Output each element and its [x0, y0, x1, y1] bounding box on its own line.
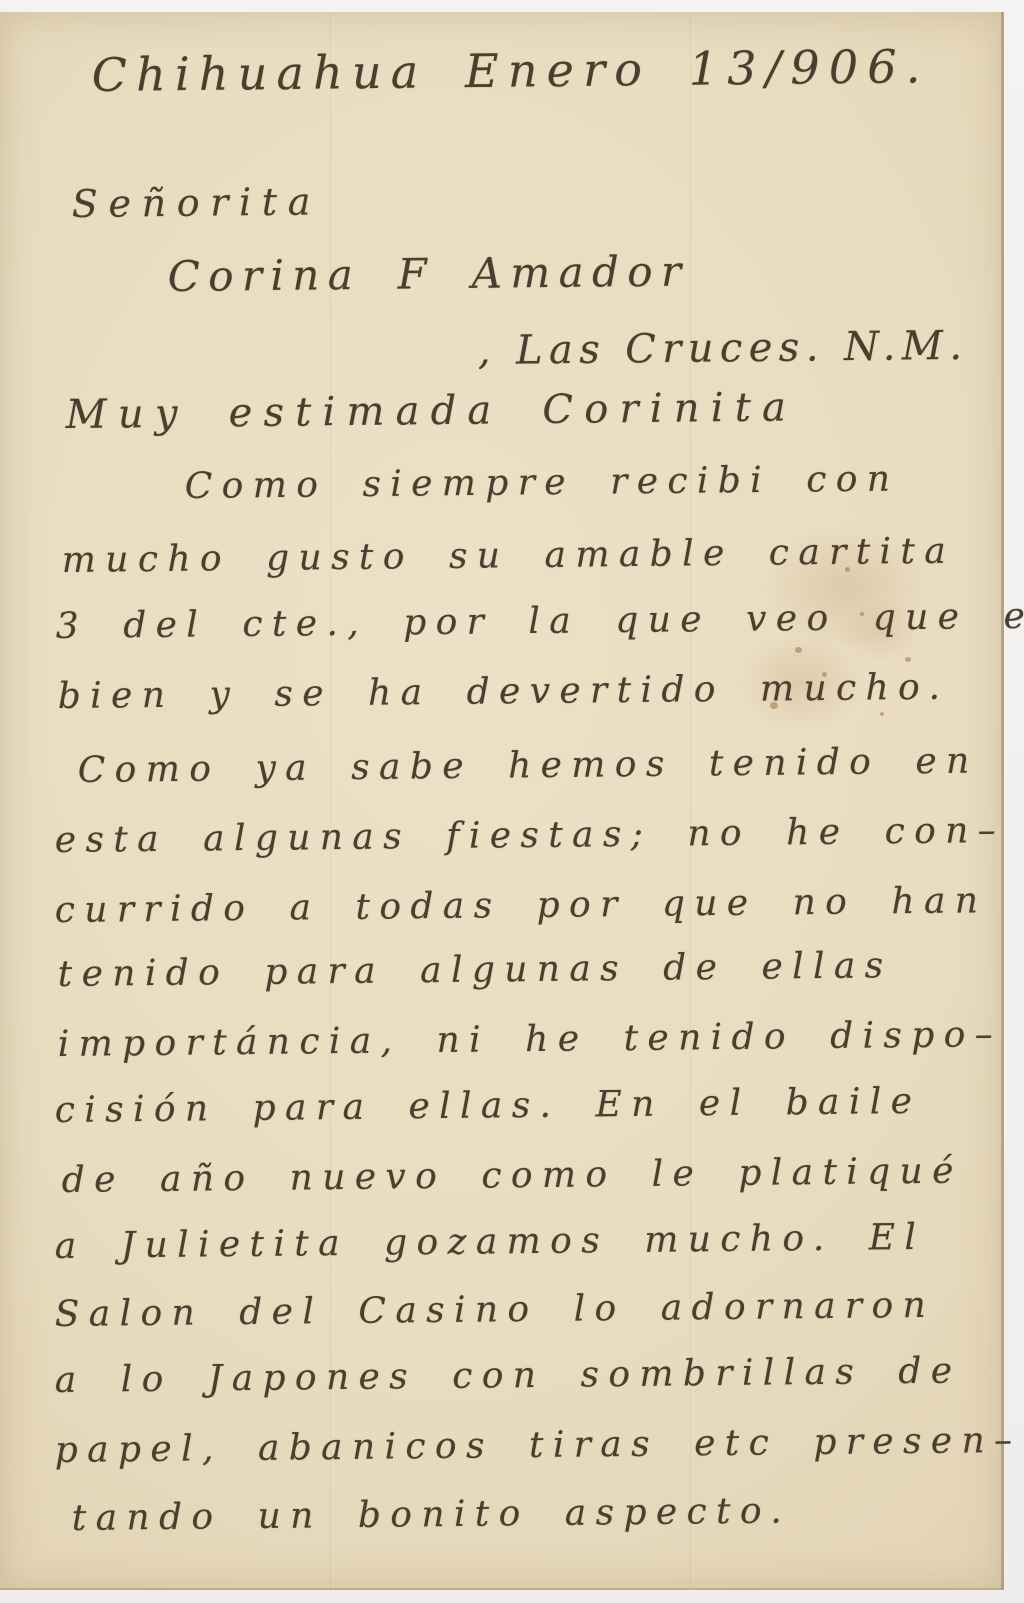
- stain: [880, 712, 884, 716]
- letter-line: tando un bonito aspecto.: [72, 1490, 792, 1539]
- letter-line: tenido para algunas de ellas: [58, 945, 893, 995]
- stain: [905, 657, 911, 662]
- recipient-title: Señorita: [72, 179, 322, 226]
- recipient-location: , Las Cruces. N.M.: [478, 323, 969, 374]
- greeting-line: Muy estimada Corinita: [66, 384, 798, 438]
- dateline: Chihuahua Enero 13/906.: [91, 39, 929, 102]
- paper-crease: [330, 12, 333, 1590]
- stain: [795, 647, 802, 653]
- recipient-name: Corina F Amador: [167, 247, 689, 301]
- letter-line: Como siempre recibi con: [185, 459, 900, 507]
